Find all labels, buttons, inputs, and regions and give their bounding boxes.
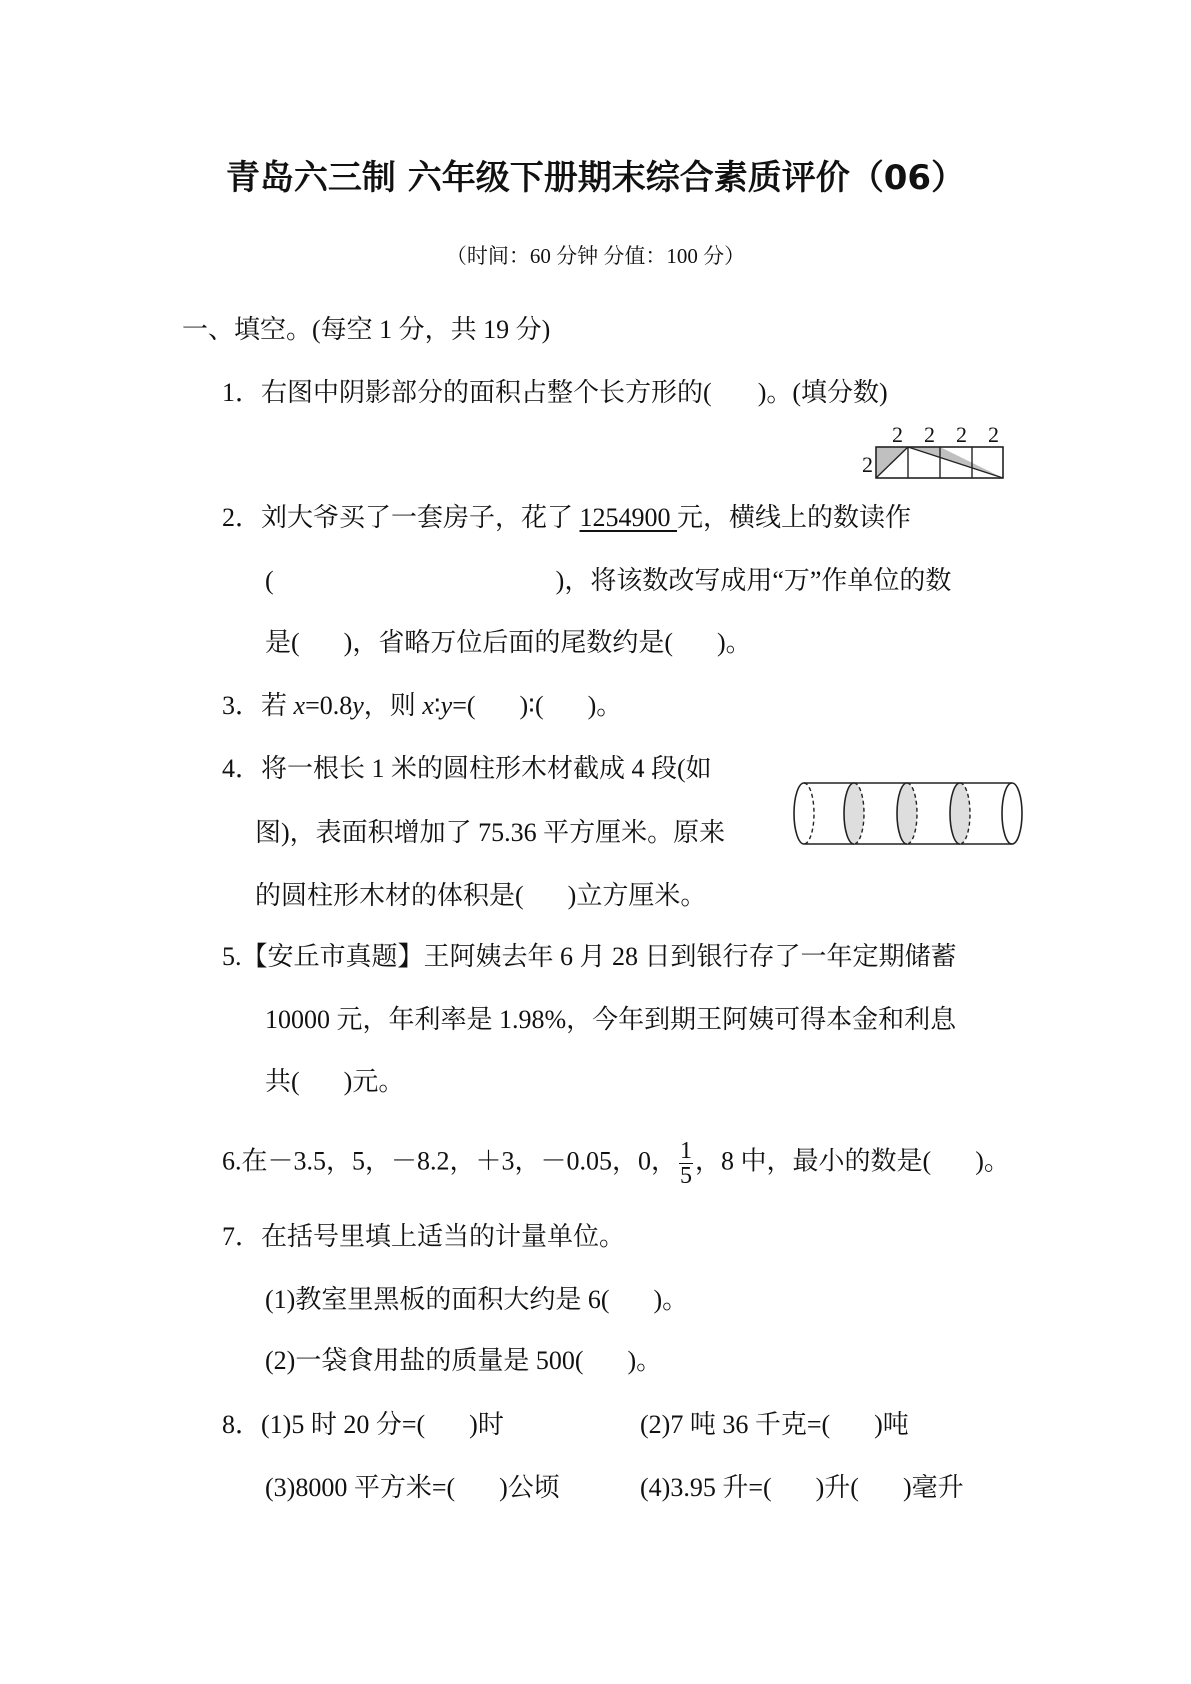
question-number: 2． — [222, 503, 261, 532]
question-4: 4．将一根长 1 米的圆柱形木材截成 4 段(如 — [222, 754, 712, 784]
question-number: 6. — [222, 1146, 242, 1175]
rectangle-diagram — [875, 446, 1005, 480]
question-number: 8． — [222, 1410, 261, 1439]
top-label: 2 — [988, 422, 999, 448]
question-3: 3．若 x=0.8y，则 x∶y=()∶()。 — [222, 691, 622, 721]
question-number: 4． — [222, 754, 261, 783]
top-label: 2 — [956, 422, 967, 448]
source-tag: 【安丘市真题】 — [242, 942, 424, 971]
cylinder-diagram — [790, 780, 1026, 848]
question-number: 7． — [222, 1222, 261, 1251]
fraction: 15 — [679, 1139, 693, 1188]
top-label: 2 — [924, 422, 935, 448]
side-label: 2 — [862, 452, 873, 478]
question-7: 7．在括号里填上适当的计量单位。 — [222, 1222, 625, 1252]
question-2: 2．刘大爷买了一套房子，花了 1254900 元，横线上的数读作 — [222, 503, 911, 533]
question-1: 1．右图中阴影部分的面积占整个长方形的()。(填分数) — [222, 378, 888, 408]
question-6: 6.在－3.5，5，－8.2，＋3，－0.05，0，15，8 中，最小的数是()… — [222, 1139, 1010, 1188]
exam-info: （时间：60 分钟 分值：100 分） — [0, 240, 1191, 270]
question-8: 8．(1)5 时 20 分=()时 — [222, 1410, 504, 1440]
top-label: 2 — [892, 422, 903, 448]
underlined-number: 1254900 — [580, 503, 678, 532]
question-number: 1． — [222, 378, 261, 407]
question-5: 5.【安丘市真题】王阿姨去年 6 月 28 日到银行存了一年定期储蓄 — [222, 942, 957, 972]
question-number: 3． — [222, 691, 261, 720]
section-heading: 一、填空。(每空 1 分，共 19 分) — [182, 315, 550, 345]
question-number: 5. — [222, 942, 242, 971]
page-title: 青岛六三制 六年级下册期末综合素质评价（06） — [0, 150, 1191, 199]
